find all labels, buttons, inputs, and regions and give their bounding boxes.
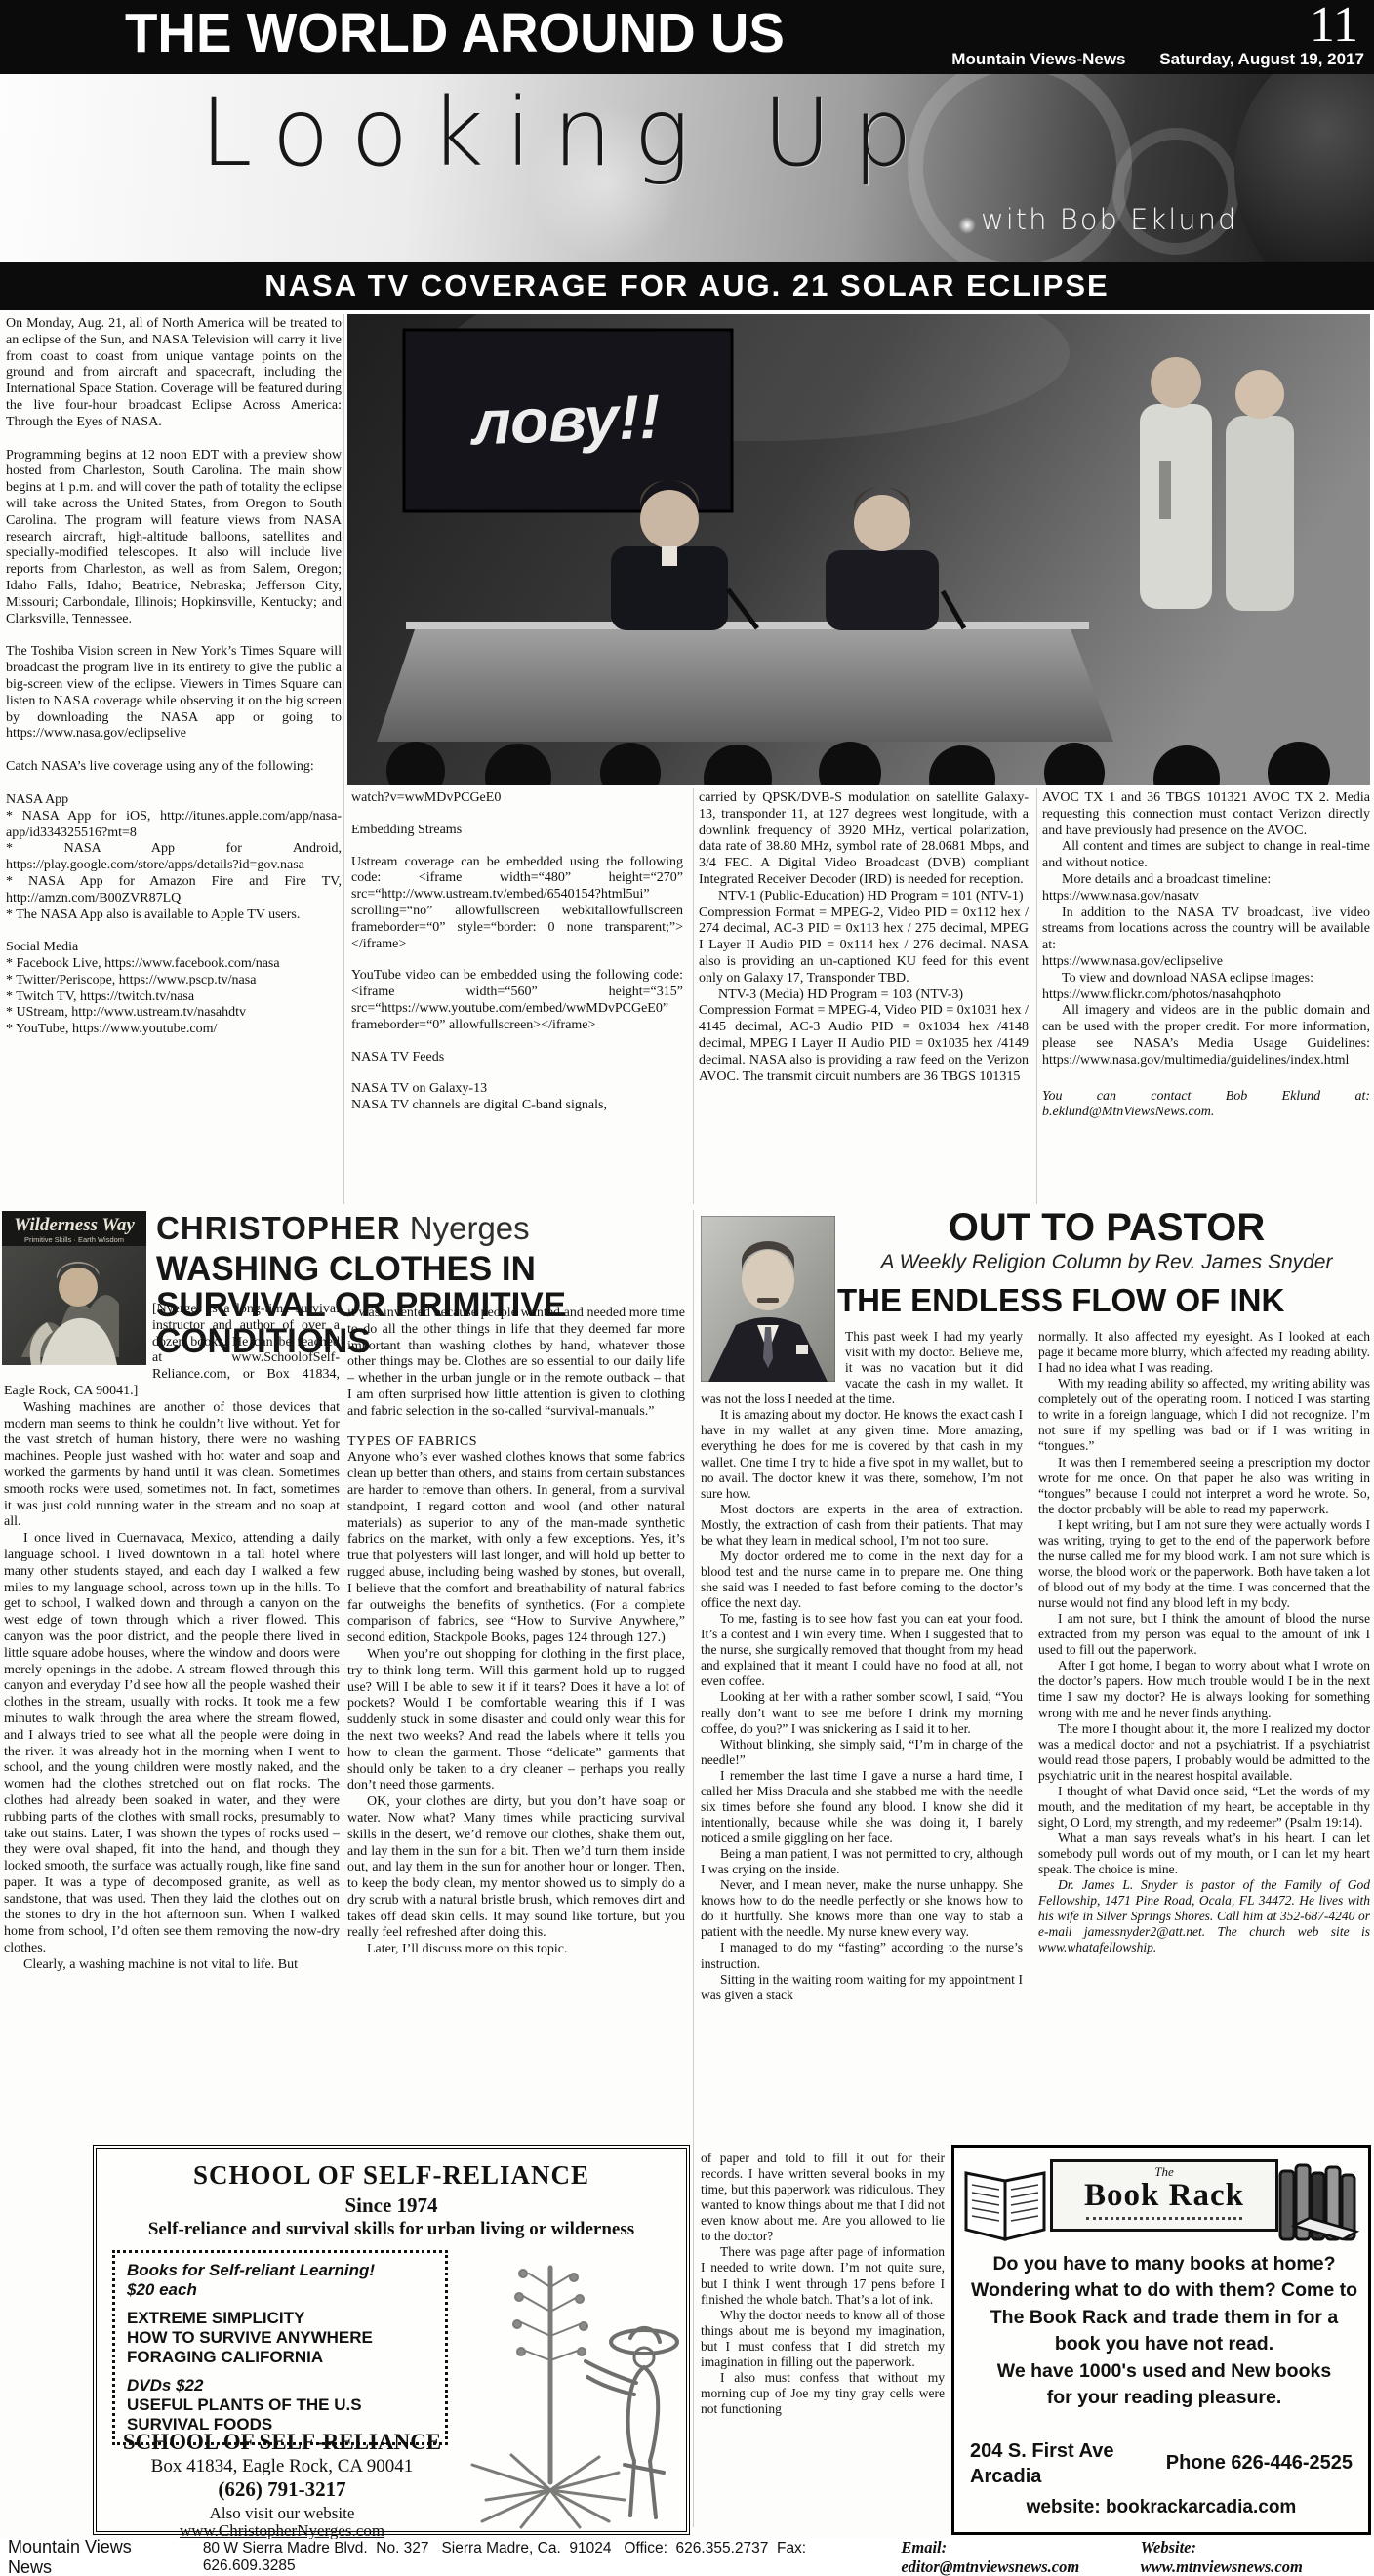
column-rule: [693, 1210, 694, 2527]
paragraph: of paper and told to fill it out for the…: [701, 2151, 945, 2244]
list-item: * Twitter/Periscope, https://www.pscp.tv…: [6, 973, 342, 989]
logo-name: Book Rack: [1053, 2180, 1275, 2212]
book-stack-clipart: [1274, 2161, 1364, 2256]
pastor-headline: THE ENDLESS FLOW OF INK: [837, 1282, 1284, 1319]
pastor-column-1: This past week I had my yearly visit wit…: [701, 1329, 1023, 2003]
paragraph: NTV-1 (Public-Education) HD Program = 10…: [699, 889, 1029, 906]
list-item: HOW TO SURVIVE ANYWHERE: [127, 2328, 433, 2348]
school-of-self-reliance-ad: SCHOOL OF SELF-RELIANCE Since 1974 Self-…: [93, 2145, 690, 2535]
list-item: * The NASA App also is available to Appl…: [6, 907, 342, 924]
paragraph: Most doctors are experts in the area of …: [701, 1502, 1023, 1549]
nasa-article-column-1: On Monday, Aug. 21, all of North America…: [6, 316, 342, 1038]
page-header: THE WORLD AROUND US 11 Mountain Views-Ne…: [0, 0, 1374, 74]
paragraph: Sitting in the waiting room waiting for …: [701, 1972, 1023, 2003]
page-number: 11: [1310, 0, 1358, 54]
paragraph: Clearly, a washing machine is not vital …: [4, 1957, 340, 1974]
list-item: * NASA App for Android, https://play.goo…: [6, 841, 342, 874]
paragraph: it was invented because people wanted an…: [347, 1306, 685, 1421]
paragraph: I am not sure, but I think the amount of…: [1038, 1611, 1370, 1658]
paragraph: It was then I remembered seeing a prescr…: [1038, 1455, 1370, 1517]
paragraph: My doctor ordered me to come in the next…: [701, 1549, 1023, 1611]
paragraph: In addition to the NASA TV broadcast, li…: [1042, 906, 1370, 954]
list-heading: NASA App: [6, 792, 342, 809]
paragraph: Anyone who’s ever washed clothes knows t…: [347, 1450, 685, 1647]
nyerges-column-2: it was invented because people wanted an…: [347, 1306, 685, 1958]
paragraph: On Monday, Aug. 21, all of North America…: [6, 316, 342, 431]
paragraph: More details and a broadcast timeline:: [1042, 872, 1370, 889]
paragraph: The Toshiba Vision screen in New York’s …: [6, 644, 342, 743]
book-rack-ad: The Book Rack Do you have to many books …: [951, 2145, 1371, 2535]
paragraph: All content and times are subject to cha…: [1042, 839, 1370, 872]
paragraph: normally. It also affected my eyesight. …: [1038, 1329, 1370, 1376]
image-wrap-spacer: [701, 1329, 845, 1384]
paper-name: Mountain Views-News: [951, 50, 1125, 68]
address-line: 204 S. First Ave: [970, 2438, 1113, 2464]
list-heading: Books for Self-reliant Learning!: [127, 2261, 433, 2280]
author-last-name: Nyerges: [410, 1210, 530, 1246]
list-item: EXTREME SIMPLICITY: [127, 2309, 433, 2328]
paragraph: With my reading ability so affected, my …: [1038, 1376, 1370, 1454]
list-item: FORAGING CALIFORNIA: [127, 2348, 433, 2367]
paragraph: I once lived in Cuernavaca, Mexico, atte…: [4, 1531, 340, 1957]
ad-address: 204 S. First Ave Arcadia: [970, 2438, 1113, 2489]
list-item: * Facebook Live, https://www.facebook.co…: [6, 956, 342, 973]
nasa-article-column-3: carried by QPSK/DVB-S modulation on sate…: [699, 790, 1029, 1085]
paragraph: YouTube video can be embedded using the …: [351, 968, 683, 1033]
section-masthead: THE WORLD AROUND US: [125, 1, 785, 65]
ad-phone: (626) 791-3217: [97, 2477, 467, 2502]
pastor-column-1-continued: of paper and told to fill it out for the…: [701, 2151, 945, 2417]
author-first-name: CHRISTOPHER: [156, 1210, 401, 1246]
paragraph: I kept writing, but I am not sure they w…: [1038, 1517, 1370, 1611]
ad-tagline: Self-reliance and survival skills for ur…: [97, 2219, 686, 2240]
url-line: https://www.nasa.gov/nasatv: [1042, 889, 1370, 906]
pastor-column-subtitle: A Weekly Religion Column by Rev. James S…: [839, 1251, 1374, 1274]
nasa-article-column-2: watch?v=wwMDvPCGeE0 Embedding Streams Us…: [351, 790, 683, 1114]
paragraph: Catch NASA’s live coverage using any of …: [6, 759, 342, 776]
ad-website-label: Also visit our website: [97, 2504, 467, 2523]
column-rule: [693, 788, 694, 1204]
dateline: Mountain Views-News Saturday, August 19,…: [922, 50, 1364, 69]
list-item: USEFUL PLANTS OF THE U.S: [127, 2395, 433, 2415]
author-contact: You can contact Bob Eklund at: b.eklund@…: [1042, 1089, 1370, 1122]
paragraph: Being a man patient, I was not permitted…: [701, 1846, 1023, 1877]
paragraph: To me, fasting is to see how fast you ca…: [701, 1611, 1023, 1689]
svg-text:Wilderness Way: Wilderness Way: [14, 1215, 135, 1235]
logo-dotted-rule: [1086, 2217, 1242, 2220]
ad-title: SCHOOL OF SELF-RELIANCE: [97, 2160, 686, 2191]
sub-heading: NASA TV on Galaxy-13: [351, 1081, 683, 1098]
paragraph: I thought of what David once said, “Let …: [1038, 1784, 1370, 1831]
ad-body-text: Do you have to many books at home? Wonde…: [966, 2251, 1362, 2357]
page-footer: Mountain Views News 80 W Sierra Madre Bl…: [0, 2539, 1374, 2576]
sub-heading: NASA TV Feeds: [351, 1050, 683, 1067]
author-bio: Dr. James L. Snyder is pastor of the Fam…: [1038, 1877, 1370, 1955]
ad-org-name: SCHOOL OF SELF-RELIANCE: [97, 2430, 467, 2455]
ad-book-list-box: Books for Self-reliant Learning! $20 eac…: [112, 2250, 448, 2445]
paragraph: All imagery and videos are in the public…: [1042, 1003, 1370, 1068]
list-item: * Twitch TV, https://twitch.tv/nasa: [6, 989, 342, 1006]
paragraph: I remember the last time I gave a nurse …: [701, 1768, 1023, 1846]
paragraph: NASA TV channels are digital C-band sign…: [351, 1098, 683, 1114]
paragraph: NTV-3 (Media) HD Program = 103 (NTV-3): [699, 987, 1029, 1004]
paragraph: Without blinking, she simply said, “I’m …: [701, 1737, 1023, 1768]
ad-website: website: bookrackarcadia.com: [954, 2497, 1368, 2518]
article-headline-bar: NASA TV COVERAGE FOR AUG. 21 SOLAR ECLIP…: [0, 262, 1374, 310]
paragraph: I also must confess that without my morn…: [701, 2370, 945, 2417]
book-rack-logo: The Book Rack: [1050, 2159, 1278, 2232]
nasa-studio-photo: лову!!: [347, 314, 1370, 785]
paragraph: What a man says reveals what’s in his he…: [1038, 1831, 1370, 1877]
paragraph: When you’re out shopping for clothing in…: [347, 1647, 685, 1794]
paragraph: After I got home, I began to worry about…: [1038, 1658, 1370, 1720]
nyerges-column-1: [Nyerges is a long-time survival instruc…: [4, 1302, 340, 1974]
article-headline: NASA TV COVERAGE FOR AUG. 21 SOLAR ECLIP…: [264, 268, 1109, 303]
paragraph: Why the doctor needs to know all of thos…: [701, 2308, 945, 2370]
ad-phone: Phone 626-446-2525: [1166, 2452, 1353, 2475]
image-wrap-spacer: [4, 1302, 152, 1370]
paragraph: Programming begins at 12 noon EDT with a…: [6, 448, 342, 628]
column-rule: [343, 314, 344, 1204]
paragraph: OK, your clothes are dirty, but you don’…: [347, 1794, 685, 1942]
footer-email: Email: editor@mtnviewsnews.com: [901, 2538, 1126, 2576]
paragraph: I managed to do my “fasting” according t…: [701, 1940, 1023, 1971]
list-item: * UStream, http://www.ustream.tv/nasahdt…: [6, 1005, 342, 1022]
footer-website: Website: www.mtnviewsnews.com: [1141, 2538, 1360, 2576]
address-line: Arcadia: [970, 2464, 1113, 2489]
section-subhead: TYPES OF FABRICS: [347, 1434, 685, 1451]
paragraph: Looking at her with a rather somber scow…: [701, 1689, 1023, 1736]
paragraph: There was page after page of information…: [701, 2244, 945, 2307]
paragraph: Ustream coverage can be embedded using t…: [351, 855, 683, 953]
svg-text:лову!!: лову!!: [468, 382, 662, 459]
url-line: https://www.nasa.gov/eclipselive: [1042, 954, 1370, 971]
url-line: https://www.flickr.com/photos/nasahqphot…: [1042, 987, 1370, 1004]
ad-since: Since 1974: [97, 2194, 686, 2218]
svg-text:Primitive Skills · Earth Wisdo: Primitive Skills · Earth Wisdom: [24, 1235, 124, 1244]
url-continuation: watch?v=wwMDvPCGeE0: [351, 790, 683, 807]
paragraph: AVOC TX 1 and 36 TBGS 101321 AVOC TX 2. …: [1042, 790, 1370, 839]
list-heading: Social Media: [6, 940, 342, 956]
paragraph: carried by QPSK/DVB-S modulation on sate…: [699, 790, 1029, 889]
sub-heading: Embedding Streams: [351, 823, 683, 839]
paragraph: To view and download NASA eclipse images…: [1042, 971, 1370, 987]
footer-address: 80 W Sierra Madre Blvd. No. 327 Sierra M…: [203, 2540, 888, 2575]
yucca-illustration-image: [453, 2238, 682, 2531]
ad-address: Box 41834, Eagle Rock, CA 90041: [97, 2456, 467, 2477]
paragraph: The more I thought about it, the more I …: [1038, 1721, 1370, 1784]
paragraph: Never, and I mean never, make the nurse …: [701, 1877, 1023, 1940]
list-item: * NASA App for iOS, http://itunes.apple.…: [6, 809, 342, 842]
nyerges-kicker: CHRISTOPHER Nyerges: [156, 1210, 530, 1247]
star-decoration: [958, 217, 976, 234]
issue-date: Saturday, August 19, 2017: [1159, 50, 1364, 68]
column-byline: with Bob Eklund: [981, 203, 1237, 236]
planet-decoration: [1234, 74, 1374, 262]
list-item: $20 each: [127, 2280, 433, 2300]
paragraph: Later, I’ll discuss more on this topic.: [347, 1942, 685, 1958]
newspaper-page: THE WORLD AROUND US 11 Mountain Views-Ne…: [0, 0, 1374, 2576]
paragraph: It is amazing about my doctor. He knows …: [701, 1407, 1023, 1501]
nasa-article-column-4: AVOC TX 1 and 36 TBGS 101321 AVOC TX 2. …: [1042, 790, 1370, 1121]
footer-paper-name: Mountain Views News: [8, 2537, 176, 2576]
column-title: Looking Up: [200, 78, 934, 187]
list-item: * YouTube, https://www.youtube.com/: [6, 1022, 342, 1038]
paragraph: Compression Format = MPEG-2, Video PID =…: [699, 906, 1029, 987]
open-book-clipart: [960, 2169, 1050, 2250]
list-item: * NASA App for Amazon Fire and Fire TV, …: [6, 874, 342, 907]
pastor-column-2: normally. It also affected my eyesight. …: [1038, 1329, 1370, 1956]
ad-body-text: We have 1000's used and New books for yo…: [993, 2358, 1335, 2412]
looking-up-banner: Looking Up with Bob Eklund: [0, 74, 1374, 262]
pastor-column-title: OUT TO PASTOR: [839, 1206, 1374, 1250]
paragraph: Compression Format = MPEG-4, Video PID =…: [699, 1003, 1029, 1085]
column-rule: [1036, 788, 1037, 1204]
paragraph: Washing machines are another of those de…: [4, 1400, 340, 1531]
list-item: DVDs $22: [127, 2376, 433, 2395]
